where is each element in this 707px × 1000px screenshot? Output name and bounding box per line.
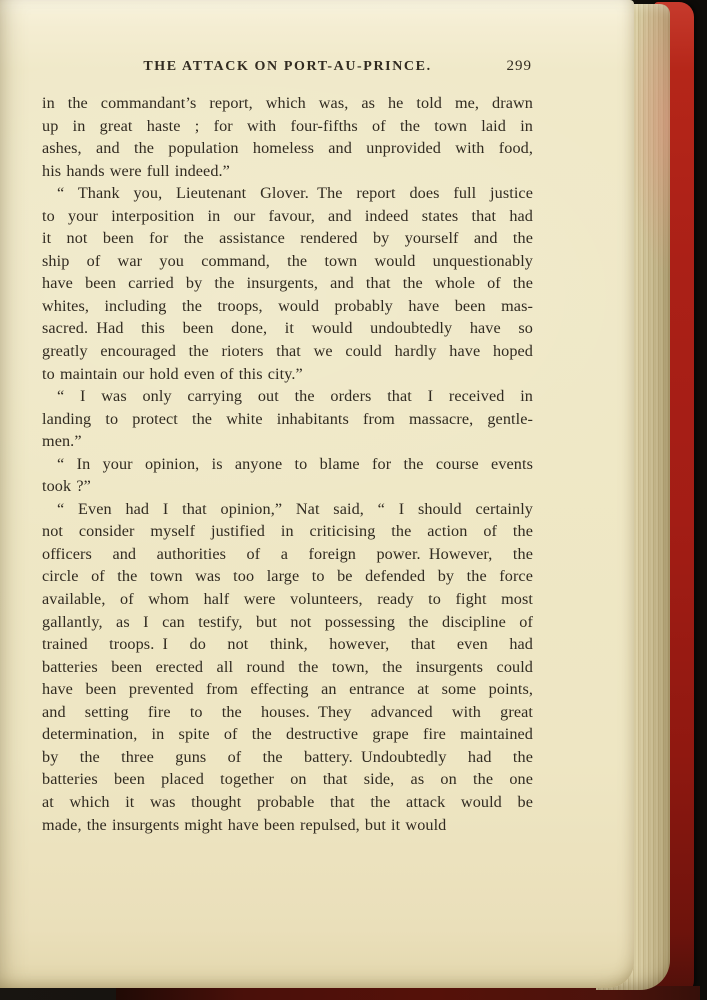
text-line: officers and authorities of a foreign po… (42, 543, 533, 566)
paragraph: in the commandant’s report, which was, a… (42, 92, 533, 182)
text-line: “ Thank you, Lieutenant Glover. The repo… (42, 182, 533, 205)
text-line: “ I was only carrying out the orders tha… (42, 385, 533, 408)
book-photo: THE ATTACK ON PORT-AU-PRINCE. 299 in the… (0, 0, 707, 1000)
text-line: made, the insurgents might have been rep… (42, 814, 533, 837)
text-line: trained troops. I do not think, however,… (42, 633, 533, 656)
paragraph: “ Even had I that opinion,” Nat said, “ … (42, 498, 533, 836)
paragraph: “ In your opinion, is anyone to blame fo… (42, 453, 533, 498)
text-line: to maintain our hold even of this city.” (42, 363, 533, 386)
text-line: batteries been erected all round the tow… (42, 656, 533, 679)
text-line: not consider myself justified in critici… (42, 520, 533, 543)
text-line: in the commandant’s report, which was, a… (42, 92, 533, 115)
page-number: 299 (507, 58, 533, 75)
text-line: determination, in spite of the destructi… (42, 723, 533, 746)
text-line: men.” (42, 430, 533, 453)
text-line: landing to protect the white inhabitants… (42, 408, 533, 431)
text-line: “ In your opinion, is anyone to blame fo… (42, 453, 533, 476)
text-line: by the three guns of the battery. Undoub… (42, 746, 533, 769)
text-line: have been carried by the insurgents, and… (42, 272, 533, 295)
text-line: to your interposition in our favour, and… (42, 205, 533, 228)
page-body: in the commandant’s report, which was, a… (42, 92, 533, 836)
text-line: circle of the town was too large to be d… (42, 565, 533, 588)
text-line: gallantly, as I can testify, but not pos… (42, 611, 533, 634)
text-column: THE ATTACK ON PORT-AU-PRINCE. 299 in the… (42, 56, 533, 836)
paragraph: “ Thank you, Lieutenant Glover. The repo… (42, 182, 533, 385)
text-line: it not been for the assistance rendered … (42, 227, 533, 250)
text-line: whites, including the troops, would prob… (42, 295, 533, 318)
book-page: THE ATTACK ON PORT-AU-PRINCE. 299 in the… (0, 0, 634, 988)
paragraph: “ I was only carrying out the orders tha… (42, 385, 533, 453)
text-line: available, of whom half were volunteers,… (42, 588, 533, 611)
text-line: took ?” (42, 475, 533, 498)
text-line: batteries been placed together on that s… (42, 768, 533, 791)
text-line: sacred. Had this been done, it would und… (42, 317, 533, 340)
text-line: his hands were full indeed.” (42, 160, 533, 183)
text-line: ship of war you command, the town would … (42, 250, 533, 273)
text-line: at which it was thought probable that th… (42, 791, 533, 814)
running-header: THE ATTACK ON PORT-AU-PRINCE. (42, 59, 533, 75)
text-line: ashes, and the population homeless and u… (42, 137, 533, 160)
page-header: THE ATTACK ON PORT-AU-PRINCE. 299 (42, 56, 533, 92)
text-line: “ Even had I that opinion,” Nat said, “ … (42, 498, 533, 521)
text-line: have been prevented from effecting an en… (42, 678, 533, 701)
text-line: and setting fire to the houses. They adv… (42, 701, 533, 724)
text-line: up in great haste ; for with four-fifths… (42, 115, 533, 138)
text-line: greatly encouraged the rioters that we c… (42, 340, 533, 363)
